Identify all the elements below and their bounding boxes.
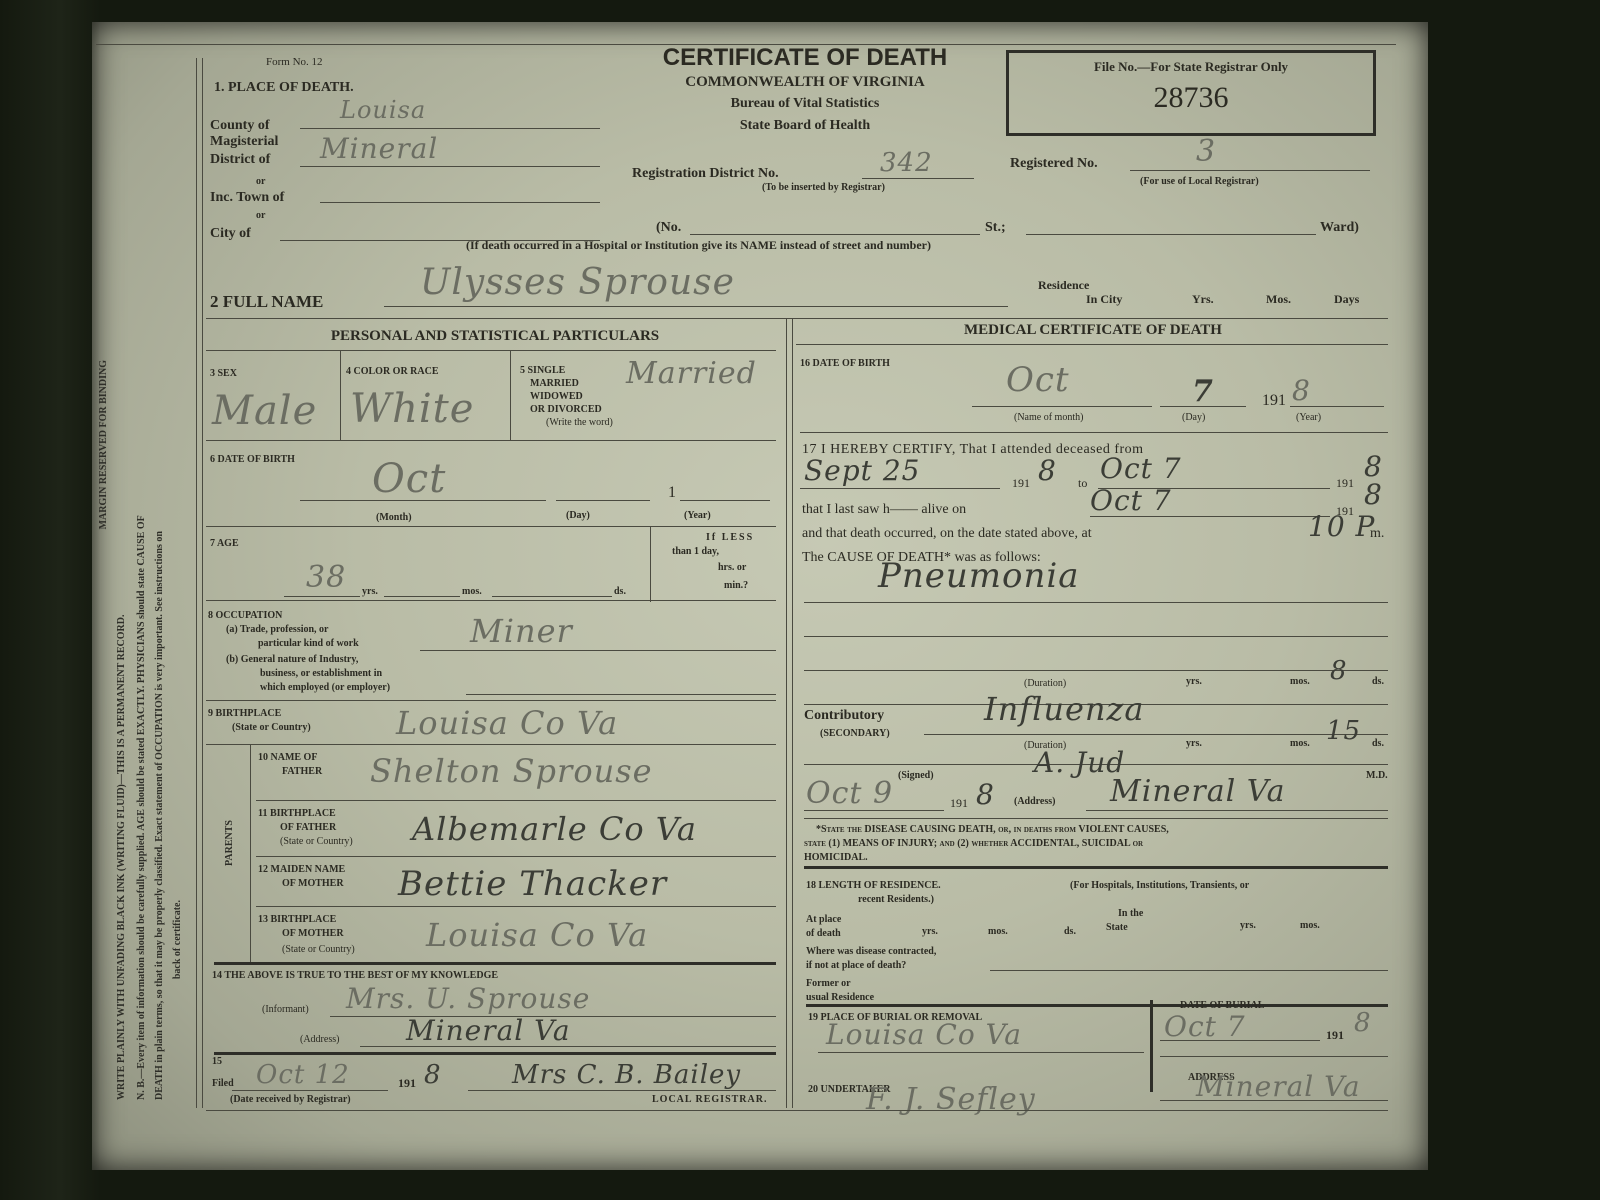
residence-in-city-label: In City [1086, 292, 1122, 307]
dob-year-line [680, 500, 770, 501]
contributory-cause-value: Influenza [984, 690, 1144, 728]
father-bp-bottom-line [256, 856, 776, 857]
margin-instructions-3: back of certificate. [172, 900, 183, 979]
birthplace-bottom-line [206, 744, 776, 745]
informant-bottom-line [214, 1052, 776, 1055]
dob-day-caption: (Day) [566, 510, 590, 521]
dob-bottom-line [206, 526, 776, 527]
margin-instructions-2: DEATH in plain terms, so that it may be … [154, 60, 165, 1100]
margin-instructions-1: N. B.—Every item of information should b… [136, 60, 147, 1100]
district-label-1: Magisterial [210, 134, 278, 150]
dod-month-line [972, 406, 1152, 407]
street-line [690, 234, 980, 235]
physician-signed-label: (Signed) [898, 770, 934, 781]
physician-address-value: Mineral Va [1110, 774, 1286, 809]
form-bottom-line [206, 1110, 1388, 1111]
center-divider-inner [792, 318, 793, 1108]
time-of-death-value: 10 P [1308, 510, 1375, 543]
marital-single: 5 SINGLE [520, 364, 613, 377]
date-of-burial-year-suffix: 8 [1354, 1008, 1372, 1038]
registration-district-value: 342 [880, 148, 933, 178]
mother-bp-label-3: (State or Country) [282, 944, 355, 955]
full-name-value: Ulysses Sprouse [420, 262, 735, 303]
footnote-line-1: *State the DISEASE CAUSING DEATH, or, in… [816, 824, 1169, 835]
father-bp-label-1: 11 BIRTHPLACE [258, 808, 336, 819]
registrar-line [468, 1090, 776, 1091]
cause-duration-ds: ds. [1372, 676, 1384, 687]
cause-line-1 [804, 602, 1388, 603]
occupation-bottom-line [206, 700, 776, 701]
age-less-label-2: than 1 day, [672, 546, 719, 557]
form-number: Form No. 12 [266, 56, 323, 68]
medical-header-line [796, 344, 1388, 345]
registration-district-label: Registration District No. [632, 166, 779, 182]
or-text-1: or [256, 176, 265, 187]
district-value: Mineral [320, 132, 438, 165]
center-divider [786, 318, 787, 1108]
dod-bottom-line [800, 432, 1388, 433]
birthplace-value: Louisa Co Va [396, 704, 618, 742]
county-line [300, 128, 600, 129]
dob-year-prefix: 1 [668, 484, 676, 502]
marital-divorced: OR DIVORCED [520, 403, 613, 416]
last-saw-line [1090, 516, 1330, 517]
date-of-burial-value: Oct 7 [1164, 1010, 1246, 1043]
registered-number-note: (For use of Local Registrar) [1140, 176, 1259, 187]
filed-year-suffix: 8 [424, 1060, 442, 1090]
parents-label: PARENTS [224, 820, 235, 866]
race-label: 4 COLOR OR RACE [346, 366, 439, 377]
date-of-death-month-value: Oct [1006, 360, 1070, 400]
district-label-2: District of [210, 152, 270, 168]
md-label: M.D. [1366, 770, 1388, 781]
in-the-label: In the [1118, 908, 1143, 919]
signed-year-prefix: 191 [950, 796, 968, 811]
place-of-burial-line [818, 1052, 1144, 1053]
left-border-inner [202, 58, 203, 1108]
town-label: Inc. Town of [210, 190, 284, 206]
filed-date-line [232, 1090, 388, 1091]
race-value: White [350, 386, 474, 432]
occupation-b-line [466, 694, 776, 695]
left-border [196, 58, 197, 1108]
county-label: County of [210, 118, 270, 134]
signature-bottom-line [804, 818, 1388, 819]
certificate-subtitle-board: State Board of Health [620, 118, 990, 134]
footnote-line-2: state (1) MEANS OF INJURY; and (2) wheth… [804, 838, 1143, 849]
personal-section-header: PERSONAL AND STATISTICAL PARTICULARS [210, 328, 780, 345]
undertaker-value: F. J. Sefley [866, 1082, 1036, 1117]
burial-divider [1150, 1000, 1153, 1092]
contributory-duration-ds: ds. [1372, 738, 1384, 749]
marital-label: 5 SINGLE MARRIED WIDOWED OR DIVORCED (Wr… [520, 364, 613, 429]
occupation-b3: which employed (or employer) [260, 682, 390, 693]
occupation-label: 8 OCCUPATION [208, 610, 282, 621]
dod-month-caption: (Name of month) [1014, 412, 1083, 423]
parents-bottom-line [214, 962, 776, 965]
cause-line-3 [804, 670, 1388, 671]
cause-duration-mos: mos. [1290, 676, 1310, 687]
residence-note-1: (For Hospitals, Institutions, Transients… [1070, 880, 1249, 891]
registered-number-label: Registered No. [1010, 156, 1098, 172]
where-contracted-label-2: if not at place of death? [806, 960, 906, 971]
cause-duration-label: (Duration) [1024, 678, 1066, 689]
at-place-ds: ds. [1064, 926, 1076, 937]
informant-value: Mrs. U. Sprouse [346, 982, 590, 1015]
secondary-label: (SECONDARY) [820, 728, 890, 739]
file-number-value: 28736 [1009, 81, 1373, 115]
attended-to-word: to [1078, 476, 1087, 491]
registered-number-value: 3 [1196, 134, 1216, 169]
mother-maiden-name-value: Bettie Thacker [398, 864, 667, 904]
physician-address-line [1086, 810, 1388, 811]
margin-binding-note: MARGIN RESERVED FOR BINDING [98, 360, 109, 529]
age-yrs-line [284, 596, 360, 597]
certificate-subtitle-bureau: Bureau of Vital Statistics [620, 96, 990, 112]
last-saw-text: that I last saw h—— alive on [802, 502, 966, 518]
dod-year-line [1290, 406, 1384, 407]
mother-label-2: OF MOTHER [282, 878, 344, 889]
former-residence-label-1: Former or [806, 978, 851, 989]
date-of-burial-line [1160, 1040, 1320, 1041]
contributory-line [924, 734, 1388, 735]
age-less-min: min.? [724, 580, 748, 591]
at-place-yrs: yrs. [922, 926, 938, 937]
mother-label-1: 12 MAIDEN NAME [258, 864, 345, 875]
local-registrar-caption: LOCAL REGISTRAR. [652, 1094, 767, 1105]
registration-district-note: (To be inserted by Registrar) [762, 182, 885, 193]
where-contracted-line [990, 970, 1388, 971]
father-birthplace-value: Albemarle Co Va [412, 810, 697, 848]
length-of-residence-label: 18 LENGTH OF RESIDENCE. [806, 880, 941, 891]
cause-of-death-value: Pneumonia [878, 556, 1080, 596]
contributory-label: Contributory [804, 708, 884, 724]
ward-line [1026, 234, 1316, 235]
attended-from-value: Sept 25 [804, 454, 920, 487]
hospital-note: (If death occurred in a Hospital or Inst… [466, 238, 931, 253]
city-label: City of [210, 226, 251, 242]
certificate-subtitle-commonwealth: COMMONWEALTH OF VIRGINIA [620, 74, 990, 91]
occupation-a-line [420, 650, 776, 651]
occupation-value: Miner [470, 612, 573, 650]
informant-label: (Informant) [262, 1004, 309, 1015]
age-ds-label: ds. [614, 586, 626, 597]
last-saw-year-value: 8 [1364, 478, 1383, 511]
dob-label: 6 DATE OF BIRTH [210, 454, 295, 465]
date-of-death-year-prefix: 191 [1262, 392, 1286, 410]
dob-month-line [300, 500, 546, 501]
informant-address-value: Mineral Va [406, 1014, 571, 1047]
full-name-line [384, 306, 1008, 307]
in-state-label: State [1106, 922, 1128, 933]
father-bottom-line [256, 800, 776, 801]
footnote-line-3: HOMICIDAL. [804, 852, 868, 863]
place-of-death-label: 1. PLACE OF DEATH. [214, 80, 354, 96]
father-bp-label-2: OF FATHER [280, 822, 336, 833]
sex-value: Male [212, 388, 317, 434]
age-bottom-line [206, 600, 776, 601]
age-less-hrs: hrs. or [718, 562, 746, 573]
cause-duration-yrs: yrs. [1186, 676, 1202, 687]
registered-number-line [1130, 170, 1370, 171]
filed-date-value: Oct 12 [256, 1060, 350, 1090]
age-less-divider [650, 526, 651, 602]
marital-married: MARRIED [520, 377, 613, 390]
dob-month-value: Oct [372, 456, 446, 502]
occupation-b2: business, or establishment in [260, 668, 382, 679]
informant-address-line [360, 1046, 776, 1047]
age-mos-line [384, 596, 460, 597]
physician-address-label: (Address) [1014, 796, 1055, 807]
occurred-text: and that death occurred, on the date sta… [802, 526, 1092, 542]
sex-row-bottom-line [206, 440, 776, 441]
informant-header: 14 THE ABOVE IS TRUE TO THE BEST OF MY K… [212, 970, 498, 981]
physician-signed-date: Oct 9 [806, 776, 893, 811]
dob-month-caption: (Month) [376, 512, 412, 523]
at-place-mos: mos. [988, 926, 1008, 937]
attended-to-value: Oct 7 [1100, 452, 1182, 485]
undertaker-address-line [1160, 1100, 1388, 1101]
dod-day-line [1160, 406, 1246, 407]
dob-year-caption: (Year) [684, 510, 711, 521]
cause-duration-days-value: 8 [1330, 656, 1348, 686]
street-label: St.; [985, 220, 1006, 236]
sex-label: 3 SEX [210, 368, 237, 379]
full-name-label: 2 FULL NAME [210, 292, 323, 312]
attended-from-year-value: 8 [1038, 454, 1057, 487]
burial-date-bottom-line [1160, 1056, 1388, 1057]
birthplace-label: 9 BIRTHPLACE [208, 708, 281, 719]
filed-date-note: (Date received by Registrar) [230, 1094, 351, 1105]
parents-divider [250, 744, 251, 964]
father-name-value: Shelton Sprouse [370, 752, 653, 790]
margin-ink-note: WRITE PLAINLY WITH UNFADING BLACK INK (W… [116, 60, 127, 1100]
contributory-duration-mos: mos. [1290, 738, 1310, 749]
occupation-b1: (b) General nature of Industry, [226, 654, 358, 665]
at-place-label-1: At place [806, 914, 841, 925]
footnote-bottom-line [804, 866, 1388, 869]
informant-address-label: (Address) [300, 1034, 339, 1045]
father-label-2: FATHER [282, 766, 322, 777]
in-state-mos: mos. [1300, 920, 1320, 931]
local-registrar-signature: Mrs C. B. Bailey [512, 1060, 741, 1090]
attended-from-line [800, 488, 1000, 489]
residence-bottom-line [806, 1004, 1388, 1007]
occupation-a2: particular kind of work [258, 638, 359, 649]
date-of-death-label: 16 DATE OF BIRTH [800, 358, 890, 369]
where-contracted-label-1: Where was disease contracted, [806, 946, 936, 957]
filed-label: Filed [212, 1078, 234, 1089]
age-ds-line [492, 596, 612, 597]
residence-yrs-label: Yrs. [1192, 292, 1214, 307]
birthplace-sub: (State or Country) [232, 722, 311, 733]
age-years-value: 38 [306, 560, 346, 595]
undertaker-address-value: Mineral Va [1196, 1070, 1361, 1103]
dob-day-line [556, 500, 650, 501]
certificate-title: CERTIFICATE OF DEATH [620, 44, 990, 72]
age-less-label-1: If LESS [706, 532, 754, 543]
age-mos-label: mos. [462, 586, 482, 597]
cause-line-2 [804, 636, 1388, 637]
section-top-line [206, 318, 1388, 319]
time-suffix: m. [1370, 526, 1384, 542]
age-label: 7 AGE [210, 538, 239, 549]
marital-note: (Write the word) [520, 416, 613, 429]
contributory-duration-days-value: 15 [1326, 716, 1361, 746]
ward-label: Ward) [1320, 220, 1359, 236]
at-place-label-2: of death [806, 928, 841, 939]
signed-date-line [804, 810, 944, 811]
residence-note-2: recent Residents.) [858, 894, 934, 905]
mother-bottom-line [256, 906, 776, 907]
mother-bp-label-2: OF MOTHER [282, 928, 344, 939]
street-number-label: (No. [656, 220, 681, 236]
residence-days-label: Days [1334, 292, 1359, 307]
sex-race-divider [340, 350, 341, 440]
mother-bp-label-1: 13 BIRTHPLACE [258, 914, 336, 925]
county-value: Louisa [340, 96, 426, 124]
date-of-burial-year-prefix: 191 [1326, 1028, 1344, 1043]
or-text-2: or [256, 210, 265, 221]
mother-birthplace-value: Louisa Co Va [426, 916, 648, 954]
father-label-1: 10 NAME OF [258, 752, 317, 763]
filed-number: 15 [212, 1056, 222, 1067]
town-line [320, 202, 600, 203]
race-marital-divider [510, 350, 511, 440]
occupation-a1: (a) Trade, profession, or [226, 624, 329, 635]
residence-mos-label: Mos. [1266, 292, 1291, 307]
date-of-death-day-value: 7 [1192, 374, 1214, 409]
registration-district-line [862, 178, 974, 179]
file-number-label: File No.—For State Registrar Only [1009, 59, 1373, 75]
medical-section-header: MEDICAL CERTIFICATE OF DEATH [798, 322, 1388, 339]
last-saw-date-value: Oct 7 [1090, 484, 1172, 517]
father-bp-label-3: (State or Country) [280, 836, 353, 847]
attended-to-year-prefix: 191 [1336, 476, 1354, 491]
attended-from-year-prefix: 191 [1012, 476, 1030, 491]
date-of-death-year-suffix: 8 [1292, 374, 1311, 407]
contributory-duration-yrs: yrs. [1186, 738, 1202, 749]
signed-year-suffix: 8 [976, 778, 995, 811]
marital-widowed: WIDOWED [520, 390, 613, 403]
former-residence-label-2: usual Residence [806, 992, 874, 1003]
personal-header-line [206, 350, 776, 351]
dod-year-caption: (Year) [1296, 412, 1321, 423]
place-of-burial-value: Louisa Co Va [826, 1018, 1022, 1051]
in-state-yrs: yrs. [1240, 920, 1256, 931]
file-number-box: File No.—For State Registrar Only 28736 [1006, 50, 1376, 136]
residence-label: Residence [1038, 278, 1089, 293]
marital-value: Married [626, 356, 757, 391]
dod-day-caption: (Day) [1182, 412, 1205, 423]
age-yrs-label: yrs. [362, 586, 378, 597]
filed-year-prefix: 191 [398, 1076, 416, 1091]
district-line [300, 166, 600, 167]
